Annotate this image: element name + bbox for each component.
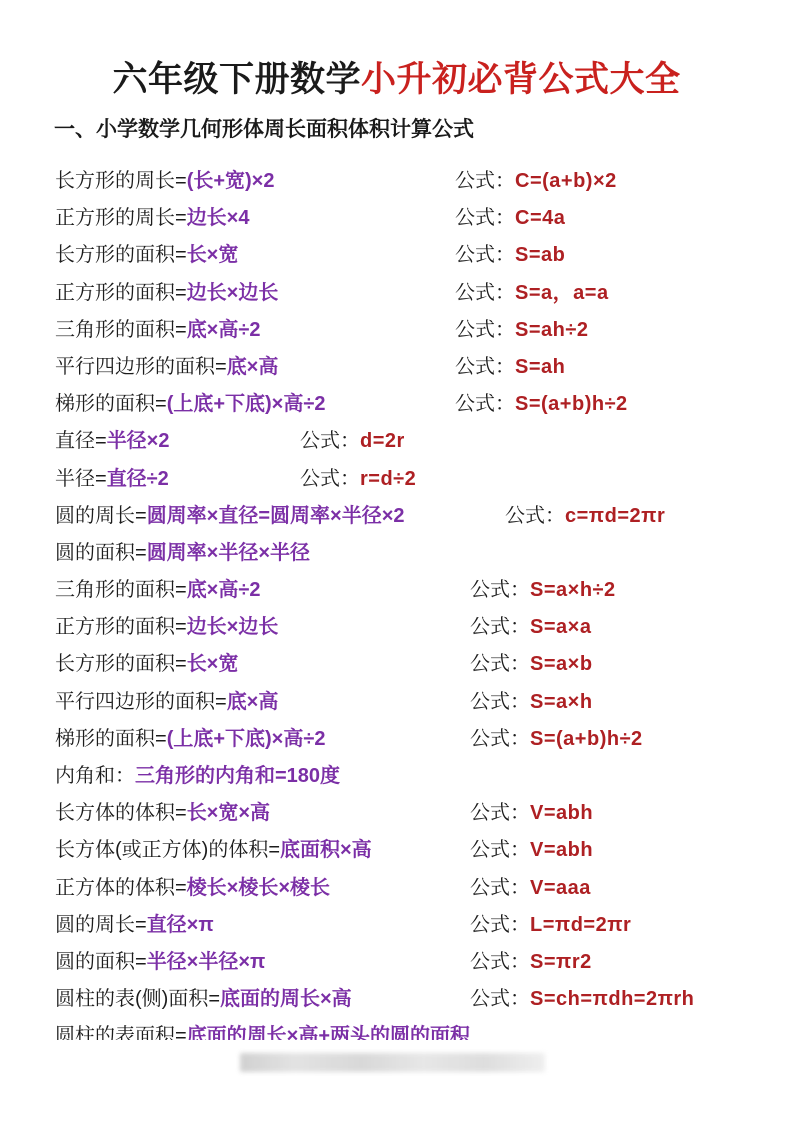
row-label: 直径= <box>55 430 107 452</box>
row-expression: (上底+下底)×高÷2 <box>167 728 326 750</box>
row-formula-group: 公式：S=(a+b)h÷2 <box>455 386 628 423</box>
row-formula-group: 公式：d=2r <box>300 423 405 460</box>
row-formula-group: 公式：S=a，a=a <box>455 275 609 312</box>
row-label: 圆的周长= <box>55 505 147 527</box>
formula-value: V=abh <box>530 802 593 824</box>
formula-row: 梯形的面积=(上底+下底)×高÷2 公式：S=(a+b)h÷2 <box>55 721 793 758</box>
row-label: 长方形的面积= <box>55 244 187 266</box>
row-expression: 边长×边长 <box>187 616 279 638</box>
formula-value: S=ch=πdh=2πrh <box>530 988 694 1010</box>
row-label: 正方形的面积= <box>55 616 187 638</box>
row-label: 内角和： <box>55 765 135 787</box>
formula-label: 公式： <box>455 393 515 415</box>
row-expression: 长×宽×高 <box>187 802 270 824</box>
row-label: 圆的面积= <box>55 542 147 564</box>
formula-value: V=aaa <box>530 877 591 899</box>
row-formula-group: 公式：L=πd=2πr <box>470 907 631 944</box>
formula-label: 公式： <box>455 207 515 229</box>
row-label: 梯形的面积= <box>55 728 167 750</box>
row-expression: 圆周率×直径=圆周率×半径×2 <box>147 505 405 527</box>
formula-label: 公式： <box>470 839 530 861</box>
formula-list: 长方形的周长=(长+宽)×2 公式：C=(a+b)×2 正方形的周长=边长×4 … <box>55 163 793 1040</box>
row-expression: 长×宽 <box>187 244 239 266</box>
row-label: 三角形的面积= <box>55 579 187 601</box>
formula-row: 正方形的面积=边长×边长 公式：S=a，a=a <box>55 275 793 312</box>
formula-row: 圆的周长=直径×π 公式：L=πd=2πr <box>55 907 793 944</box>
row-expression: (长+宽)×2 <box>187 170 275 192</box>
row-formula-group: 公式：S=a×h÷2 <box>470 572 616 609</box>
formula-value: C=4a <box>515 207 565 229</box>
formula-row: 圆的面积=半径×半径×π 公式：S=πr2 <box>55 944 793 981</box>
formula-row: 长方体的体积=长×宽×高 公式：V=abh <box>55 795 793 832</box>
formula-value: r=d÷2 <box>360 468 416 490</box>
row-expression: 边长×边长 <box>187 282 279 304</box>
formula-value: d=2r <box>360 430 405 452</box>
row-expression: 半径×半径×π <box>147 951 266 973</box>
watermark-blur <box>240 1053 545 1072</box>
row-label: 圆柱的表(侧)面积= <box>55 988 220 1010</box>
row-expression: 底面积×高 <box>280 839 372 861</box>
formula-row: 梯形的面积=(上底+下底)×高÷2 公式：S=(a+b)h÷2 <box>55 386 793 423</box>
row-label: 长方体(或正方体)的体积= <box>55 839 280 861</box>
row-formula-group: 公式：c=πd=2πr <box>505 498 665 535</box>
formula-row: 长方形的面积=长×宽 公式：S=ab <box>55 237 793 274</box>
row-formula-group: 公式：C=(a+b)×2 <box>455 163 617 200</box>
formula-label: 公式： <box>455 282 515 304</box>
formula-row: 长方形的周长=(长+宽)×2 公式：C=(a+b)×2 <box>55 163 793 200</box>
row-expression: 长×宽 <box>187 653 239 675</box>
formula-row: 直径=半径×2 公式：d=2r <box>55 423 793 460</box>
formula-label: 公式： <box>505 505 565 527</box>
formula-value: S=a×h÷2 <box>530 579 616 601</box>
formula-row: 圆的面积=圆周率×半径×半径 <box>55 535 793 572</box>
formula-row: 正方体的体积=棱长×棱长×棱长 公式：V=aaa <box>55 870 793 907</box>
row-expression: 边长×4 <box>187 207 250 229</box>
formula-value: S=πr2 <box>530 951 592 973</box>
row-formula-group: 公式：V=abh <box>470 795 593 832</box>
formula-value: S=ah÷2 <box>515 319 588 341</box>
formula-label: 公式： <box>300 430 360 452</box>
formula-value: L=πd=2πr <box>530 914 631 936</box>
formula-row: 半径=直径÷2 公式：r=d÷2 <box>55 461 793 498</box>
row-formula-group: 公式：S=ab <box>455 237 565 274</box>
row-label: 圆柱的表面积= <box>55 1025 187 1040</box>
worksheet-page: 六年级下册数学小升初必背公式大全 一、小学数学几何形体周长面积体积计算公式 长方… <box>0 0 793 1122</box>
row-expression: 底×高÷2 <box>187 319 261 341</box>
formula-value: S=a，a=a <box>515 282 609 304</box>
formula-value: S=(a+b)h÷2 <box>530 728 643 750</box>
formula-row: 平行四边形的面积=底×高 公式：S=ah <box>55 349 793 386</box>
row-label: 长方体的体积= <box>55 802 187 824</box>
formula-label: 公式： <box>470 691 530 713</box>
row-label: 正方形的面积= <box>55 282 187 304</box>
section-heading: 一、小学数学几何形体周长面积体积计算公式 <box>54 113 474 143</box>
formula-label: 公式： <box>455 244 515 266</box>
formula-row: 圆的周长=圆周率×直径=圆周率×半径×2 公式：c=πd=2πr <box>55 498 793 535</box>
formula-row: 圆柱的表面积=底面的周长×高+两头的圆的面积 <box>55 1018 793 1040</box>
row-label: 三角形的面积= <box>55 319 187 341</box>
formula-value: S=a×b <box>530 653 593 675</box>
formula-value: S=a×h <box>530 691 593 713</box>
row-label: 平行四边形的面积= <box>55 691 227 713</box>
formula-label: 公式： <box>470 728 530 750</box>
row-formula-group: 公式：C=4a <box>455 200 565 237</box>
formula-row: 三角形的面积=底×高÷2 公式：S=ah÷2 <box>55 312 793 349</box>
row-label: 正方形的周长= <box>55 207 187 229</box>
formula-value: V=abh <box>530 839 593 861</box>
formula-row: 内角和：三角形的内角和=180度 <box>55 758 793 795</box>
formula-row: 三角形的面积=底×高÷2 公式：S=a×h÷2 <box>55 572 793 609</box>
formula-value: S=a×a <box>530 616 591 638</box>
formula-label: 公式： <box>470 616 530 638</box>
row-expression: 棱长×棱长×棱长 <box>187 877 330 899</box>
formula-label: 公式： <box>470 877 530 899</box>
row-formula-group: 公式：S=a×b <box>470 646 593 683</box>
formula-label: 公式： <box>470 579 530 601</box>
row-formula-group: 公式：S=ah÷2 <box>455 312 588 349</box>
formula-row: 正方形的面积=边长×边长 公式：S=a×a <box>55 609 793 646</box>
row-expression: 直径×π <box>147 914 214 936</box>
row-formula-group: 公式：S=a×a <box>470 609 591 646</box>
page-title: 六年级下册数学小升初必背公式大全 <box>0 52 793 102</box>
row-expression: 三角形的内角和=180度 <box>135 765 340 787</box>
page-title-black: 六年级下册数学 <box>112 60 361 99</box>
row-expression: (上底+下底)×高÷2 <box>167 393 326 415</box>
formula-row: 长方形的面积=长×宽 公式：S=a×b <box>55 646 793 683</box>
formula-label: 公式： <box>300 468 360 490</box>
row-label: 圆的面积= <box>55 951 147 973</box>
formula-row: 长方体(或正方体)的体积=底面积×高 公式：V=abh <box>55 832 793 869</box>
row-formula-group: 公式：S=πr2 <box>470 944 592 981</box>
row-formula-group: 公式：r=d÷2 <box>300 461 416 498</box>
formula-row: 正方形的周长=边长×4 公式：C=4a <box>55 200 793 237</box>
row-formula-group: 公式：V=abh <box>470 832 593 869</box>
row-expression: 底×高 <box>227 691 279 713</box>
row-label: 梯形的面积= <box>55 393 167 415</box>
formula-label: 公式： <box>470 988 530 1010</box>
row-formula-group: 公式：S=ch=πdh=2πrh <box>470 981 694 1018</box>
row-formula-group: 公式：S=(a+b)h÷2 <box>470 721 643 758</box>
formula-label: 公式： <box>455 356 515 378</box>
row-label: 长方形的面积= <box>55 653 187 675</box>
row-formula-group: 公式：V=aaa <box>470 870 591 907</box>
formula-value: S=ab <box>515 244 565 266</box>
formula-label: 公式： <box>470 653 530 675</box>
formula-value: S=(a+b)h÷2 <box>515 393 628 415</box>
formula-row: 平行四边形的面积=底×高 公式：S=a×h <box>55 684 793 721</box>
formula-label: 公式： <box>470 951 530 973</box>
row-label: 半径= <box>55 468 107 490</box>
row-label: 圆的周长= <box>55 914 147 936</box>
formula-label: 公式： <box>470 914 530 936</box>
row-expression: 直径÷2 <box>107 468 169 490</box>
row-expression: 半径×2 <box>107 430 170 452</box>
row-label: 正方体的体积= <box>55 877 187 899</box>
row-expression: 圆周率×半径×半径 <box>147 542 310 564</box>
page-title-red: 小升初必背公式大全 <box>361 60 681 99</box>
formula-label: 公式： <box>470 802 530 824</box>
row-expression: 底面的周长×高+两头的圆的面积 <box>187 1025 470 1040</box>
row-formula-group: 公式：S=ah <box>455 349 565 386</box>
row-label: 平行四边形的面积= <box>55 356 227 378</box>
row-label: 长方形的周长= <box>55 170 187 192</box>
row-expression: 底面的周长×高 <box>220 988 352 1010</box>
row-expression: 底×高 <box>227 356 279 378</box>
formula-label: 公式： <box>455 170 515 192</box>
row-expression: 底×高÷2 <box>187 579 261 601</box>
formula-row: 圆柱的表(侧)面积=底面的周长×高 公式：S=ch=πdh=2πrh <box>55 981 793 1018</box>
formula-value: c=πd=2πr <box>565 505 665 527</box>
row-formula-group: 公式：S=a×h <box>470 684 593 721</box>
formula-value: C=(a+b)×2 <box>515 170 617 192</box>
formula-label: 公式： <box>455 319 515 341</box>
formula-value: S=ah <box>515 356 565 378</box>
